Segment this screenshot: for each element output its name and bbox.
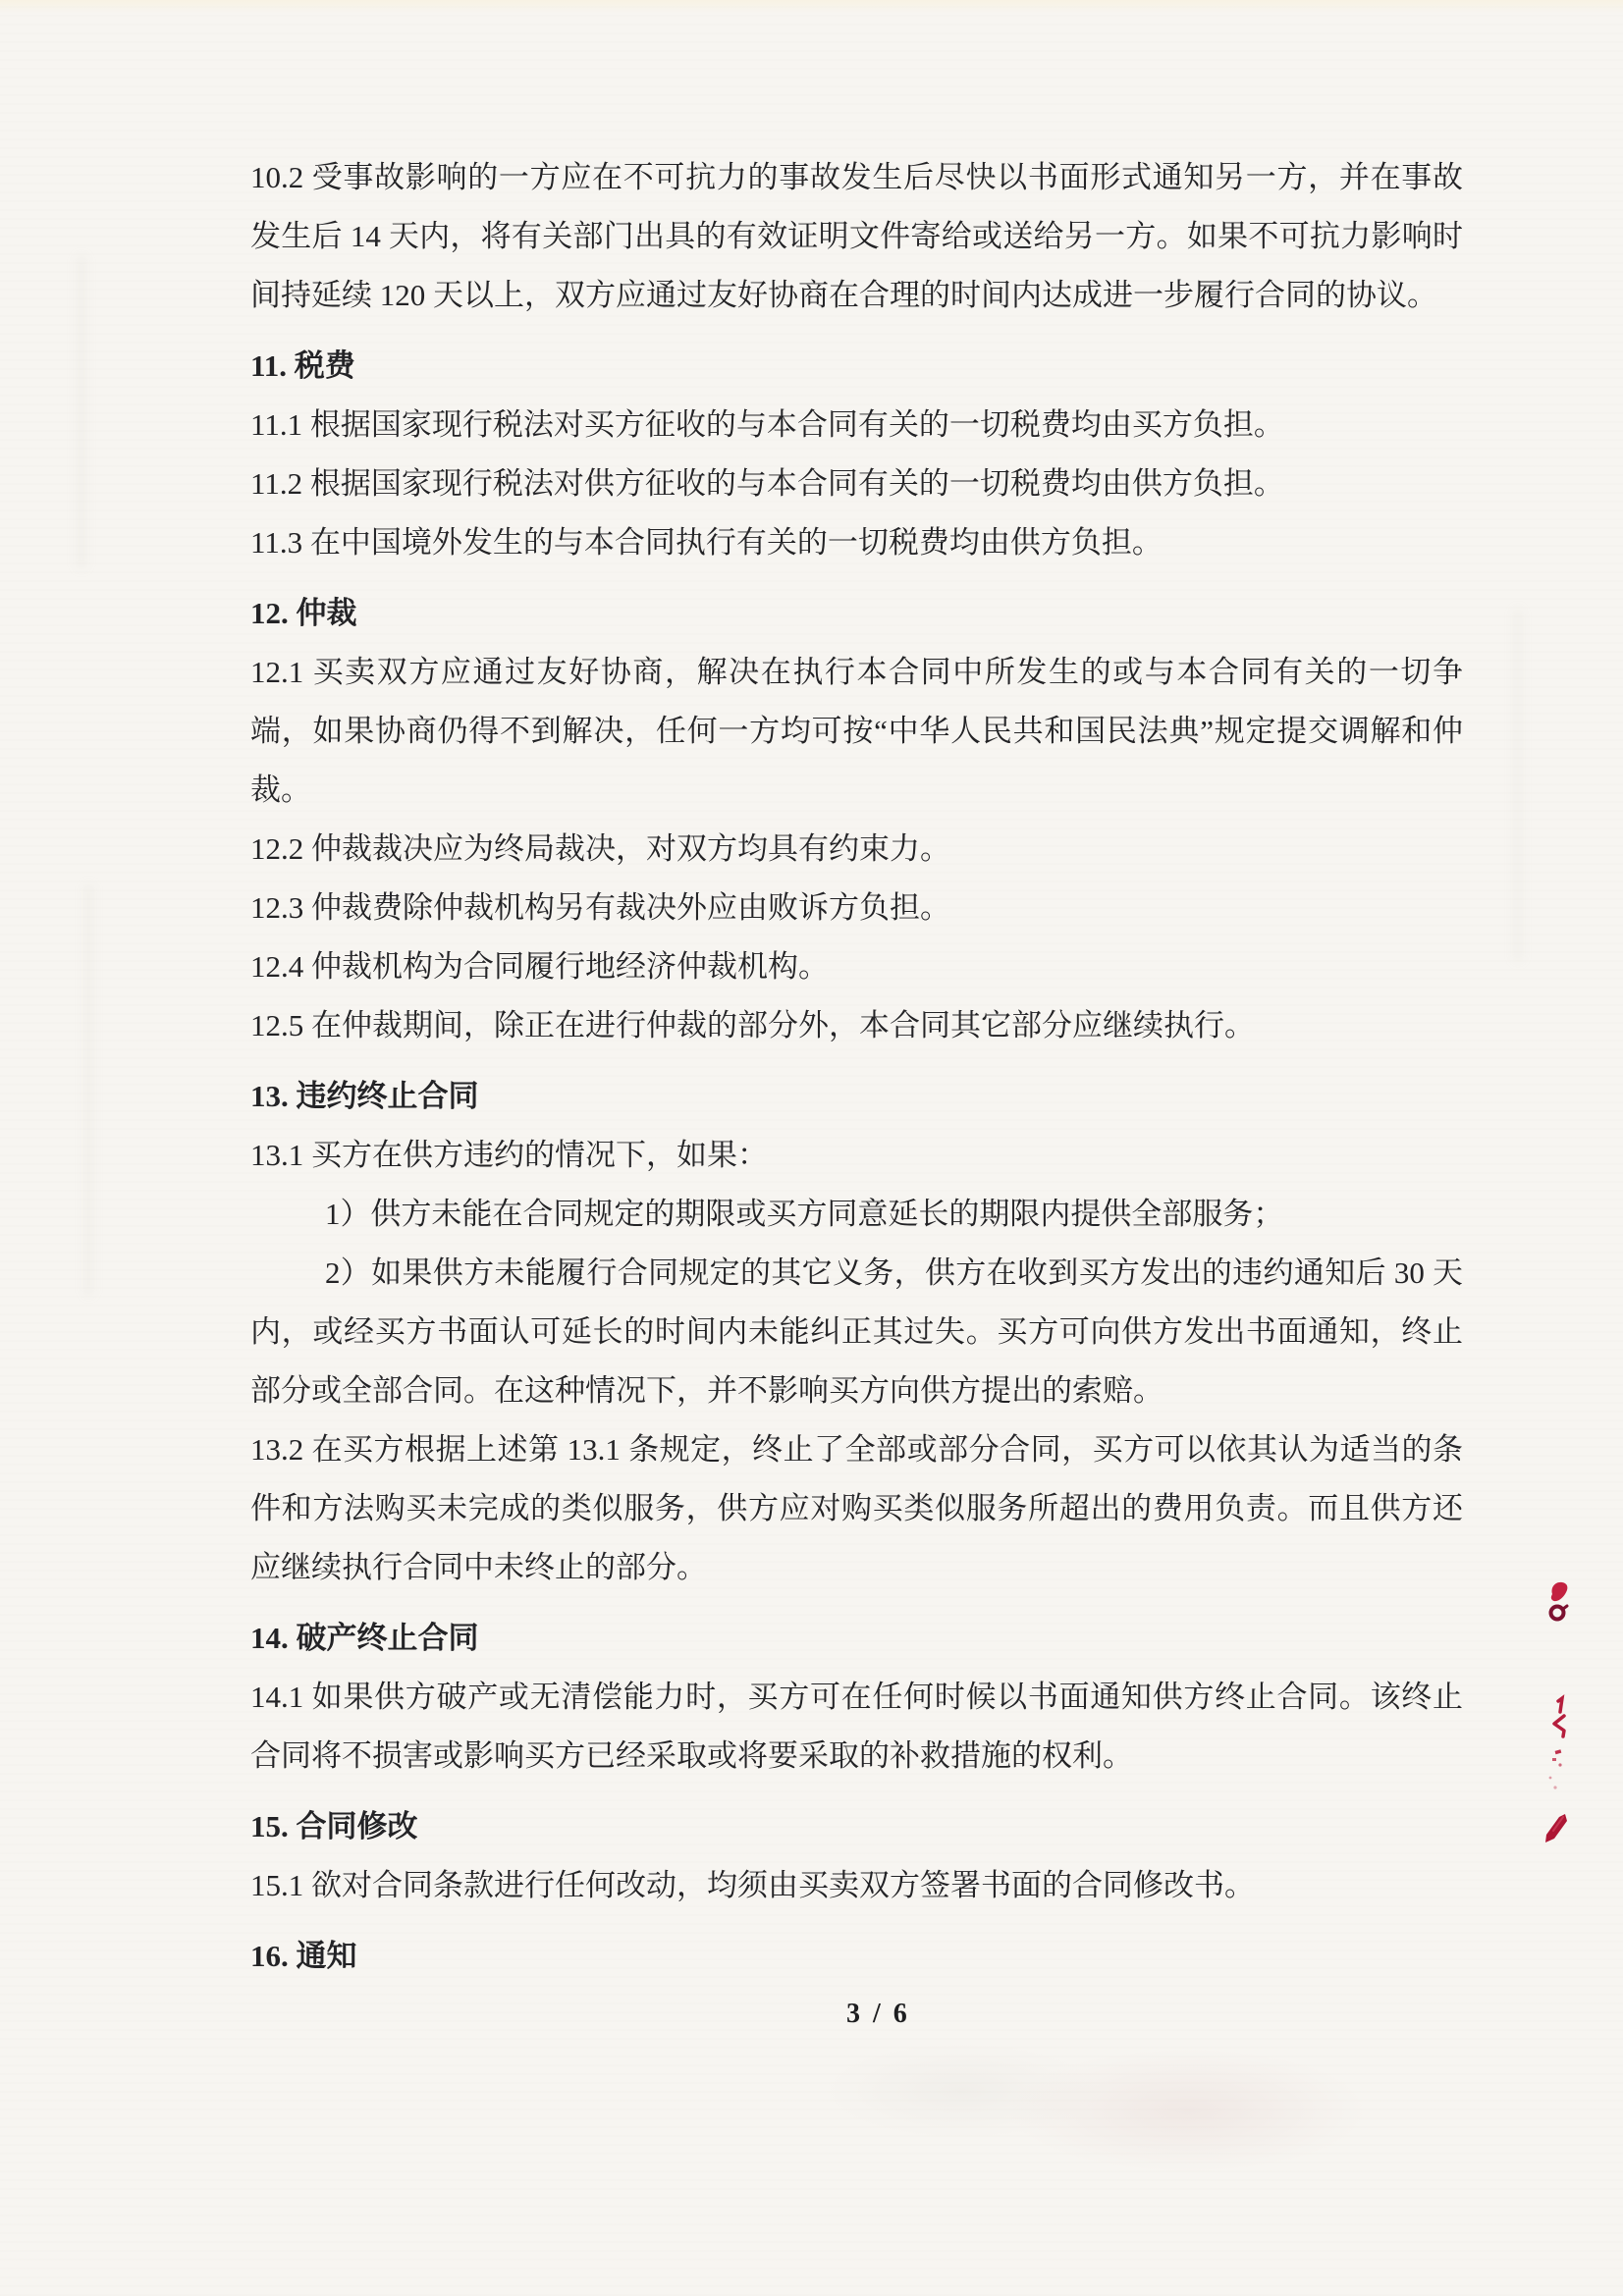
page-number: 3 / 6 [846, 1999, 910, 2030]
section-13-heading: 13. 违约终止合同 [250, 1067, 1463, 1126]
clause-11-2: 11.2 根据国家现行税法对供方征收的与本合同有关的一切税费均由供方负担。 [250, 454, 1463, 513]
clause-12-1: 12.1 买卖双方应通过友好协商，解决在执行本合同中所发生的或与本合同有关的一切… [250, 643, 1463, 820]
clause-13-2: 13.2 在买方根据上述第 13.1 条规定，终止了全部或部分合同，买方可以依其… [250, 1420, 1463, 1597]
section-12-heading: 12. 仲裁 [250, 584, 1463, 643]
clause-10-2: 10.2 受事故影响的一方应在不可抗力的事故发生后尽快以书面形式通知另一方，并在… [250, 148, 1463, 325]
scan-streak [77, 255, 86, 569]
clause-14-1: 14.1 如果供方破产或无清偿能力时，买方可在任何时候以书面通知供方终止合同。该… [250, 1668, 1463, 1786]
clause-11-3: 11.3 在中国境外发生的与本合同执行有关的一切税费均由供方负担。 [250, 513, 1463, 572]
section-14-heading: 14. 破产终止合同 [250, 1609, 1463, 1668]
scan-streak [1514, 609, 1522, 962]
clause-12-4: 12.4 仲裁机构为合同履行地经济仲裁机构。 [250, 937, 1463, 996]
clause-15-1: 15.1 欲对合同条款进行任何改动，均须由买卖双方签署书面的合同修改书。 [250, 1856, 1463, 1915]
section-11-heading: 11. 税费 [250, 337, 1463, 396]
scan-streak [84, 883, 93, 1296]
red-ink-stamp-fragments-icon [1520, 1564, 1623, 1858]
clause-13-1-item-2: 2）如果供方未能履行合同规定的其它义务，供方在收到买方发出的违约通知后 30 天… [250, 1244, 1463, 1420]
clause-12-5: 12.5 在仲裁期间，除正在进行仲裁的部分外，本合同其它部分应继续执行。 [250, 996, 1463, 1055]
clause-13-1: 13.1 买方在供方违约的情况下，如果： [250, 1126, 1463, 1185]
clause-12-2: 12.2 仲裁裁决应为终局裁决，对双方均具有约束力。 [250, 820, 1463, 879]
contract-body: 10.2 受事故影响的一方应在不可抗力的事故发生后尽快以书面形式通知另一方，并在… [250, 148, 1463, 1986]
clause-13-1-item-1: 1）供方未能在合同规定的期限或买方同意延长的期限内提供全部服务； [250, 1185, 1463, 1244]
clause-12-3: 12.3 仲裁费除仲裁机构另有裁决外应由败诉方负担。 [250, 879, 1463, 937]
section-15-heading: 15. 合同修改 [250, 1797, 1463, 1856]
clause-11-1: 11.1 根据国家现行税法对买方征收的与本合同有关的一切税费均由买方负担。 [250, 396, 1463, 454]
contract-scan-page: 10.2 受事故影响的一方应在不可抗力的事故发生后尽快以书面形式通知另一方，并在… [0, 0, 1623, 2296]
section-16-heading: 16. 通知 [250, 1927, 1463, 1986]
